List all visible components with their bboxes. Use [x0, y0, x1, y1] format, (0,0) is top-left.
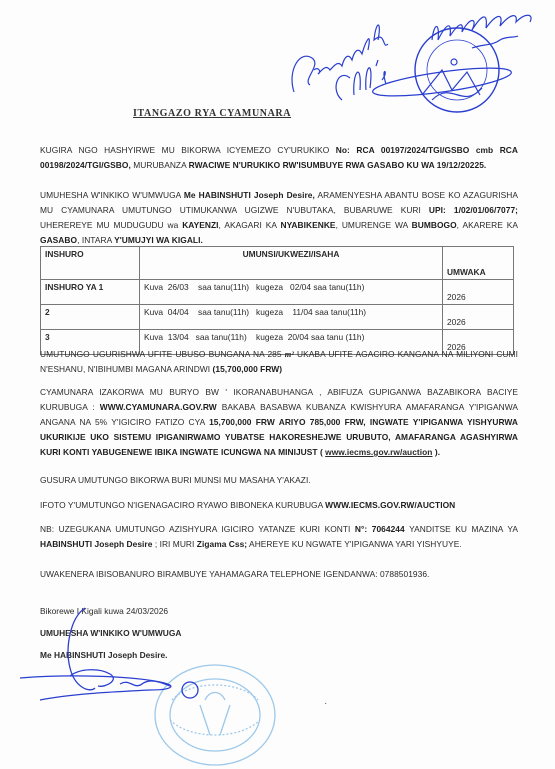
document-page: ITANGAZO RYA CYAMUNARA KUGIRA NGO HASHYI… — [0, 0, 555, 769]
bank-name: Zigama Css; — [197, 539, 247, 549]
bailiff-name: Me HABINSHUTI Joseph Desire, — [184, 190, 315, 200]
visit-paragraph: GUSURA UMUTUNGO BIKORWA BURI MUNSI MU MA… — [40, 473, 518, 488]
table-row: INSHURO YA 1 Kuva 26/03 saa tanu(11h) ku… — [41, 280, 514, 305]
property-value: (15,700,000 FRW) — [213, 364, 283, 374]
ink-mark: · — [324, 698, 327, 709]
received-stamp-icon — [282, 0, 555, 125]
cell-name: NYABIKENKE — [280, 220, 335, 230]
account-number: N°: 7064244 — [355, 524, 405, 534]
table-row: 2 Kuva 04/04 saa tanu(11h) kugeza 11/04 … — [41, 305, 514, 330]
area-unit: m² — [285, 350, 294, 359]
sector-name: BUMBOGO — [412, 220, 457, 230]
auction-schedule-table: INSHURO UMUNSI/UKWEZI/ISAHA UMWAKA INSHU… — [40, 246, 514, 355]
page-title: ITANGAZO RYA CYAMUNARA — [133, 108, 291, 119]
village-name: KAYENZI — [182, 220, 218, 230]
table-header-row: INSHURO UMUNSI/UKWEZI/ISAHA UMWAKA — [41, 247, 514, 280]
header-inshuro: INSHURO — [41, 247, 140, 280]
iecms-auction-link[interactable]: www.iecms.gov.rw/auction — [325, 447, 432, 457]
contact-paragraph: UWAKENERA IBISOBANURO BIRAMBUYE YAHAMAGA… — [40, 567, 518, 582]
court-name: RWACIWE N'URUKIKO RW'ISUMBUYE RWA GASABO… — [189, 160, 487, 170]
payment-note-paragraph: NB: UZEGUKANA UMUTUNGO AZISHYURA IGICIRO… — [40, 522, 518, 552]
signature-icon — [10, 598, 210, 718]
province-name: Y'UMUJYI WA KIGALI. — [114, 235, 203, 245]
property-value-paragraph: UMUTUNGO UGURISHWA UFITE UBUSO BUNGANA N… — [40, 347, 518, 377]
cyamunara-website: WWW.CYAMUNARA.GOV.RW — [100, 402, 217, 412]
header-year: UMWAKA — [443, 247, 514, 280]
upi-number: UPI: 1/02/01/06/7077; — [429, 205, 518, 215]
auction-method-paragraph: CYAMUNARA IZAKORWA MU BURYO BW ' IKORANA… — [40, 385, 518, 460]
photo-paragraph: IFOTO Y'UMUTUNGO N'IGENAGACIRO RYAWO BIB… — [40, 498, 518, 513]
court-decision-paragraph: KUGIRA NGO HASHYIRWE MU BIKORWA ICYEMEZO… — [40, 143, 518, 173]
header-date-time: UMUNSI/UKWEZI/ISAHA — [140, 247, 443, 280]
iecms-website: WWW.IECMS.GOV.RW/AUCTION — [325, 500, 455, 510]
district-name: GASABO — [40, 235, 77, 245]
property-description-paragraph: UMUHESHA W'INKIKO W'UMWUGA Me HABINSHUTI… — [40, 188, 518, 248]
account-holder: HABINSHUTI Joseph Desire — [40, 539, 152, 549]
